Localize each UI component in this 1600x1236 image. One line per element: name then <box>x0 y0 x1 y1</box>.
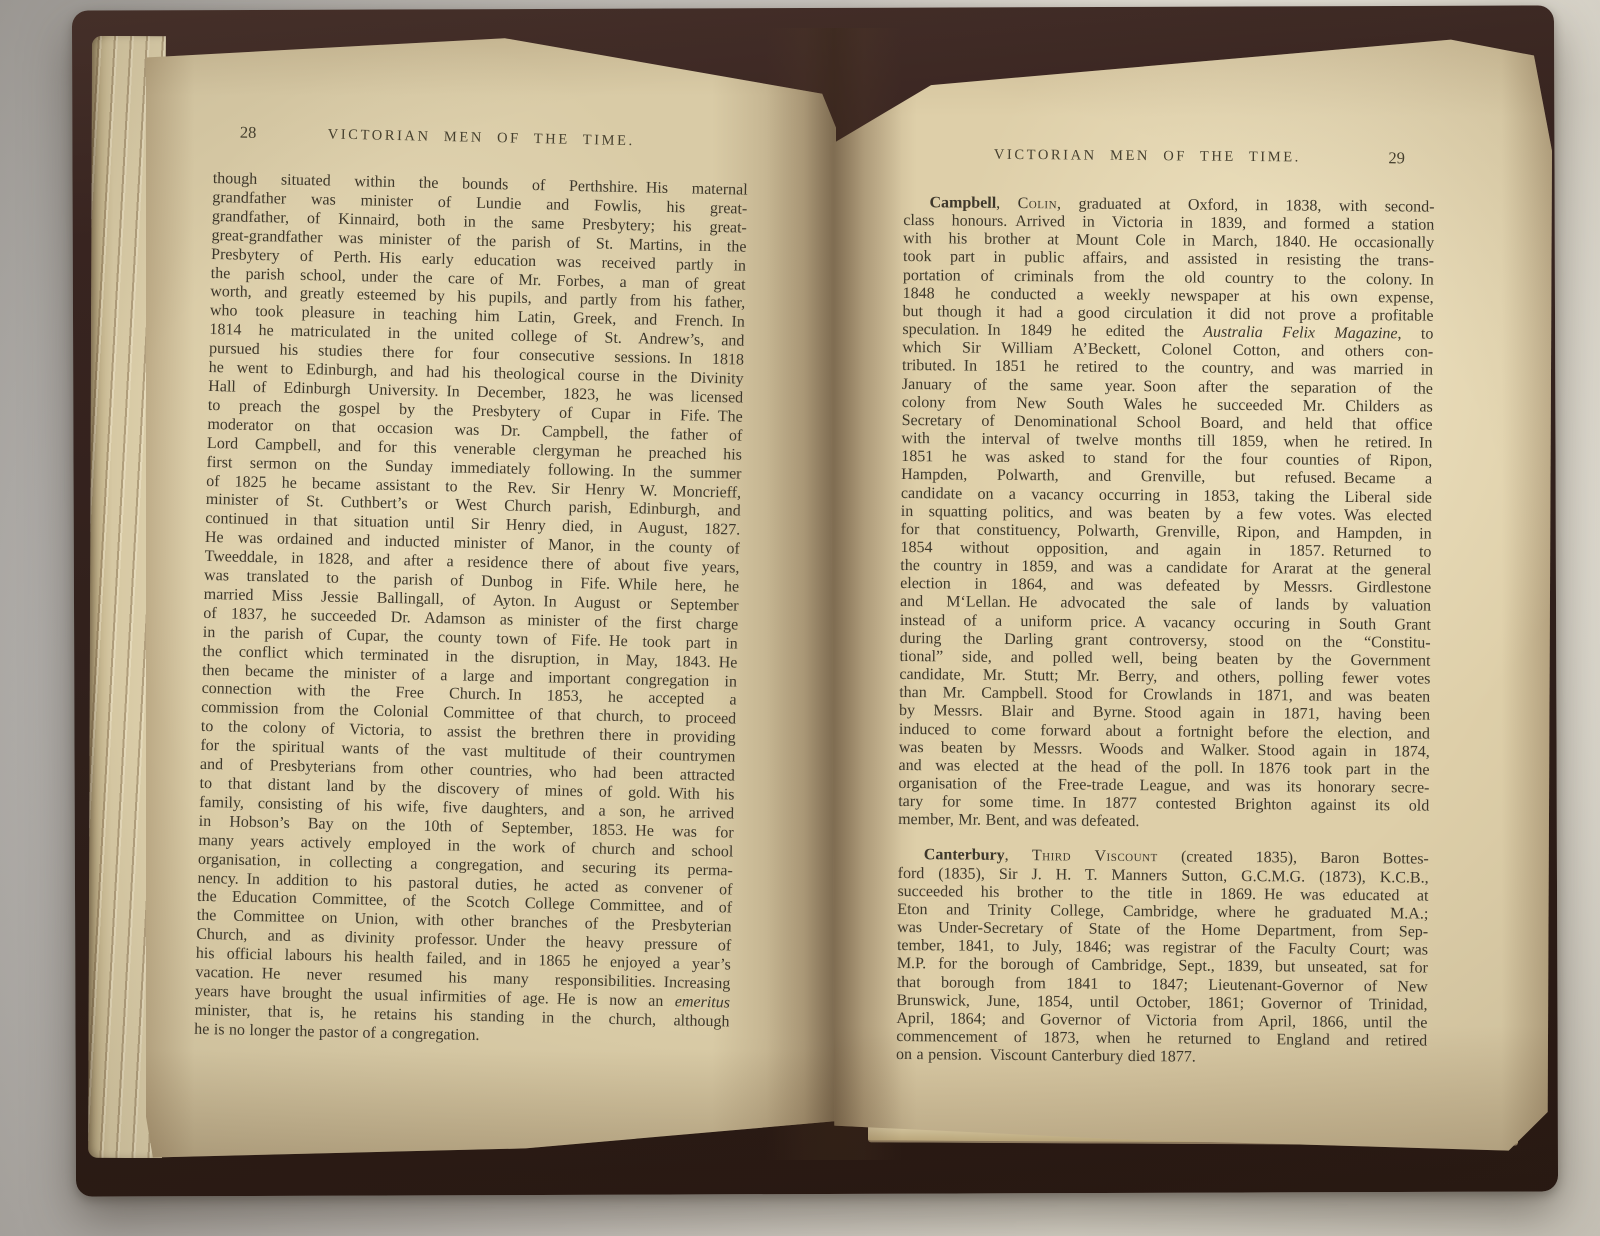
text-segment: Australia Felix Magazine <box>1203 324 1397 343</box>
right-body-text: Campbell, Colin, graduated at Oxford, in… <box>896 194 1435 1069</box>
right-header-title: VICTORIAN MEN OF THE TIME. <box>882 146 1413 168</box>
text-segment: , <box>1005 847 1032 864</box>
book-photo: 28 VICTORIAN MEN OF THE TIME. though sit… <box>0 0 1600 1236</box>
left-page-text: 28 VICTORIAN MEN OF THE TIME. though sit… <box>194 124 749 1051</box>
text-segment: on a pension. Viscount Canterbury died 1… <box>896 1046 1196 1066</box>
entry-name: Canterbury <box>924 847 1005 865</box>
text-segment: , graduated at Oxford, in 1838, with sec… <box>1057 195 1435 215</box>
text-segment: Colin <box>1018 195 1058 212</box>
left-body-text: though situated within the bounds of Per… <box>194 170 748 1051</box>
text-segment: (created 1835), Baron Bottes- <box>1158 849 1429 868</box>
entry-campbell: Campbell, Colin, graduated at Oxford, in… <box>898 194 1435 834</box>
left-running-header: 28 VICTORIAN MEN OF THE TIME. <box>214 124 749 156</box>
text-segment: speculation. In 1849 he edited the <box>902 321 1203 341</box>
text-segment: member, Mr. Bent, and was defeated. <box>898 811 1139 830</box>
left-header-title: VICTORIAN MEN OF THE TIME. <box>214 124 749 153</box>
right-page-text: VICTORIAN MEN OF THE TIME. 29 Campbell, … <box>896 146 1435 1069</box>
text-segment: , <box>996 195 1018 212</box>
left-page: 28 VICTORIAN MEN OF THE TIME. though sit… <box>146 28 836 1162</box>
right-page-number: 29 <box>1388 148 1405 168</box>
text-segment: Third Viscount <box>1032 848 1158 866</box>
text-segment: , to <box>1397 325 1433 342</box>
right-page: VICTORIAN MEN OF THE TIME. 29 Campbell, … <box>830 26 1552 1162</box>
right-running-header: VICTORIAN MEN OF THE TIME. 29 <box>904 146 1435 171</box>
entry-canterbury: Canterbury, Third Viscount (created 1835… <box>896 846 1429 1069</box>
entry-name: Campbell <box>929 194 996 212</box>
text-segment: emeritus <box>675 993 730 1011</box>
